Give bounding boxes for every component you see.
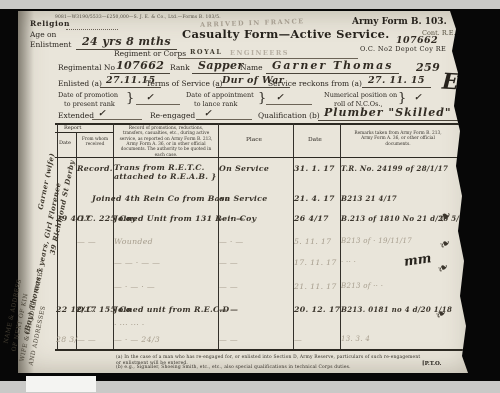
header-from-whom: From whom received [79,137,111,148]
header-report: Report [64,125,81,131]
age-label-2: Enlistment [30,40,71,49]
row-remarks: B213 21 4/17 [341,194,471,203]
religion-line [66,21,118,30]
corner-label-tab [26,376,96,392]
margin-letter-e: E [441,69,459,96]
appointment-tick: ✓ [276,93,284,103]
reckons-label: Service reckons from (a) [268,79,362,88]
numerical-tick: ✓ [414,93,422,103]
row-date2: 5. 11. 17 [294,237,339,246]
name-suffix: 259 [416,61,440,74]
regiment-stamp-engineers: ENGINEERS [230,49,289,57]
appointment-line [266,104,312,105]
table-top-line [55,123,465,125]
table-row: 29 4/17 O.C. 225 Coy Joined Unit from 13… [57,214,467,234]
header-date2: Date [308,137,322,143]
promotion-line [136,104,180,105]
casualty-form-document: 9081—W3190/5533—£250,000—S. J. E. & Co.,… [18,11,473,373]
row-place: — — [219,258,293,267]
row-date2: 17. 11. 17 [294,258,339,267]
reengaged-label: Re-engaged [150,111,195,120]
header-record: Record of promotions, reductions, transf… [118,126,214,158]
numerical-label-1: Numerical position on [324,91,397,99]
row-place: — · — [219,237,293,246]
row-record: — — · — — [114,258,218,267]
row-record: Wounded [114,237,218,246]
printer-code: 9081—W3190/5533—£250,000—S. J. E. & Co.,… [55,15,221,20]
age-label-1: Age on [30,30,56,39]
row-record: — · — · — [114,282,218,291]
row-from: Record. [77,164,114,173]
row-date2: 20. 12. 17 [294,305,339,314]
row-place: On Service [219,164,293,173]
header-date: Date [59,140,71,146]
row-remarks: 13. 3. 4 [341,335,471,343]
row-date: 22 12/17 [56,305,76,314]
regimental-no-value: 107662 [110,59,170,74]
row-place: — — [219,335,293,344]
row-from: O.C. 225 Coy [77,214,114,223]
table-row: Joined 4th Rein Co from Base on Service … [57,194,467,214]
row-place: — — [219,282,293,291]
promotion-brace: } [126,91,134,106]
row-record: Joined unit from R.E.C.D [114,305,218,314]
promotion-label-1: Date of promotion [58,91,118,99]
row-record: — · — 24/3 [114,335,218,344]
religion-label: Religion [30,19,70,28]
row-date2: 21. 4. 17 [294,194,339,203]
scanned-document-page: 9081—W3190/5533—£250,000—S. J. E. & Co.,… [0,0,500,393]
row-from: O.C. 155 Co [77,305,114,314]
age-value: 24 yrs 8 mths [76,35,177,50]
army-form-number: Army Form B. 103. [352,17,447,27]
row-place: — — [219,305,293,314]
name-value: Garner Thomas [266,59,399,74]
table-header-line [55,157,465,158]
report-subline [55,132,113,133]
row-record: Trans from R.E.T.C. attached to R.E.A.B.… [114,164,218,182]
scanner-top-band [0,0,500,9]
header-remarks: Remarks taken from Army Form B. 213, Arm… [348,131,448,147]
row-record: Joined 4th Rein Co from Base [92,194,196,203]
extended-line [92,119,142,120]
row-from: — — [77,335,114,344]
row-place: — · — [219,214,293,223]
reengaged-line [196,119,252,120]
regiment-label: Regiment or Corps [114,49,186,58]
promotion-tick: ✓ [146,93,154,103]
name-label: Name [240,63,263,72]
promotion-label-2: to present rank [64,100,115,108]
table-row: Record. Trans from R.E.T.C. attached to … [57,164,467,184]
row-date2: 31. 1. 17 [294,164,339,173]
row-from: — — [77,237,114,246]
regimental-no-label: Regimental No [58,63,115,72]
qualification-value: Plumber "Skilled" [318,106,458,121]
enlisted-label: Enlisted (a) [58,79,102,88]
appointment-label-2: to lance rank [194,100,237,108]
reckons-value: 27. 11. 15 [362,75,431,88]
numerical-brace: } [398,91,406,106]
qualification-label: Qualification (b) [258,111,320,120]
rank-label: Rank [170,63,190,72]
row-remarks: T.R. No. 24199 of 28/1/17 [341,164,471,173]
row-remarks: B213. 0181 no 4 d/20 1/18 [341,305,471,314]
row-place: on Service [219,194,293,203]
row-date: 28 3/ [56,335,76,344]
row-record: Joined Unit from 131 Rein Coy [114,214,218,223]
terms-label: Terms of Service (a) [146,79,223,88]
row-date2: 26 4/17 [294,214,339,223]
reengaged-tick: ✓ [204,109,212,119]
row-record: · ··· ··· · [114,320,218,329]
header-place: Place [246,137,262,143]
extended-tick: ✓ [98,109,106,119]
footnote-b: (b) e.g., Signaller, Shoeing Smith, etc.… [116,365,421,370]
table-row: 28 3/ — — — · — 24/3 — — — 13. 3. 4 [57,335,467,355]
depot-line: O.C. No2 Depot Coy RE [360,45,446,53]
pto-label: [P.T.O. [422,361,441,367]
extended-label: Extended [58,111,94,120]
form-title: Casualty Form—Active Service. [182,27,390,41]
appointment-label-1: Date of appointment [186,91,254,99]
regiment-stamp-royal: ROYAL [190,48,222,56]
row-date2: — [294,335,339,344]
table-row: — · — · — — — 21. 11. 17 B213 of ·· · [57,282,467,302]
row-remarks: B213 of ·· · [341,282,471,290]
row-date2: 21. 11. 17 [294,282,339,291]
